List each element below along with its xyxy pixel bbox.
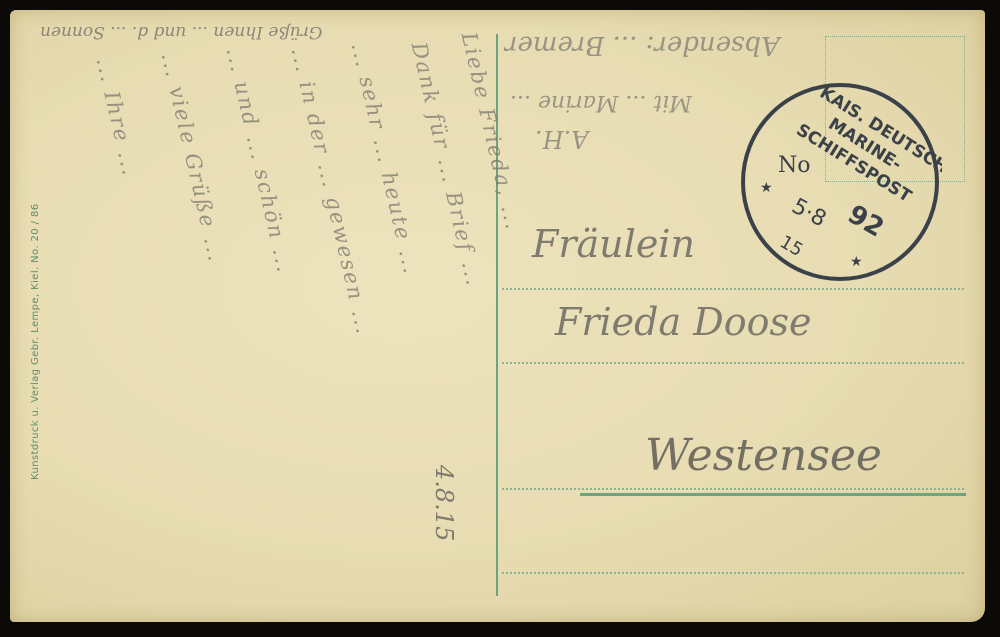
sender-note: A.H. (535, 125, 589, 153)
message-line: ... und ... schön ... (222, 45, 297, 276)
svg-text:★: ★ (850, 254, 863, 270)
message-header: Grüße Ihnen ... und d. ... Sonnen (40, 22, 322, 42)
svg-text:5·8: 5·8 (788, 194, 831, 233)
sender-line-2: Mit ... Marine ... (510, 90, 692, 115)
svg-text:92: 92 (843, 200, 889, 244)
message-date: 4.8.15 (430, 465, 458, 541)
address-line-1 (502, 288, 964, 290)
address-line-4 (502, 572, 964, 574)
postmark-cancel: KAIS. DEUTSCHE MARINE- SCHIFFSPOST No 92… (738, 80, 942, 284)
message-line: ... sehr ... heute ... (347, 40, 424, 277)
svg-text:★: ★ (760, 180, 773, 196)
message-line: ... viele Grüße ... (157, 50, 229, 265)
address-line-3-dotted (502, 488, 964, 490)
address-salutation: Fräulein (532, 222, 695, 266)
sender-line-1: Absender: ... Bremer (505, 30, 780, 60)
postmark-number-prefix: No (778, 153, 811, 178)
publisher-imprint: Kunstdruck u. Verlag Gebr. Lempe, Kiel. … (30, 203, 41, 480)
postcard: Kunstdruck u. Verlag Gebr. Lempe, Kiel. … (10, 10, 985, 622)
address-line-2 (502, 362, 964, 364)
address-line-3-solid (580, 493, 966, 496)
message-line: ... Ihre ... (92, 55, 143, 179)
address-city: Westensee (645, 430, 882, 481)
address-name: Frieda Doose (555, 300, 811, 344)
